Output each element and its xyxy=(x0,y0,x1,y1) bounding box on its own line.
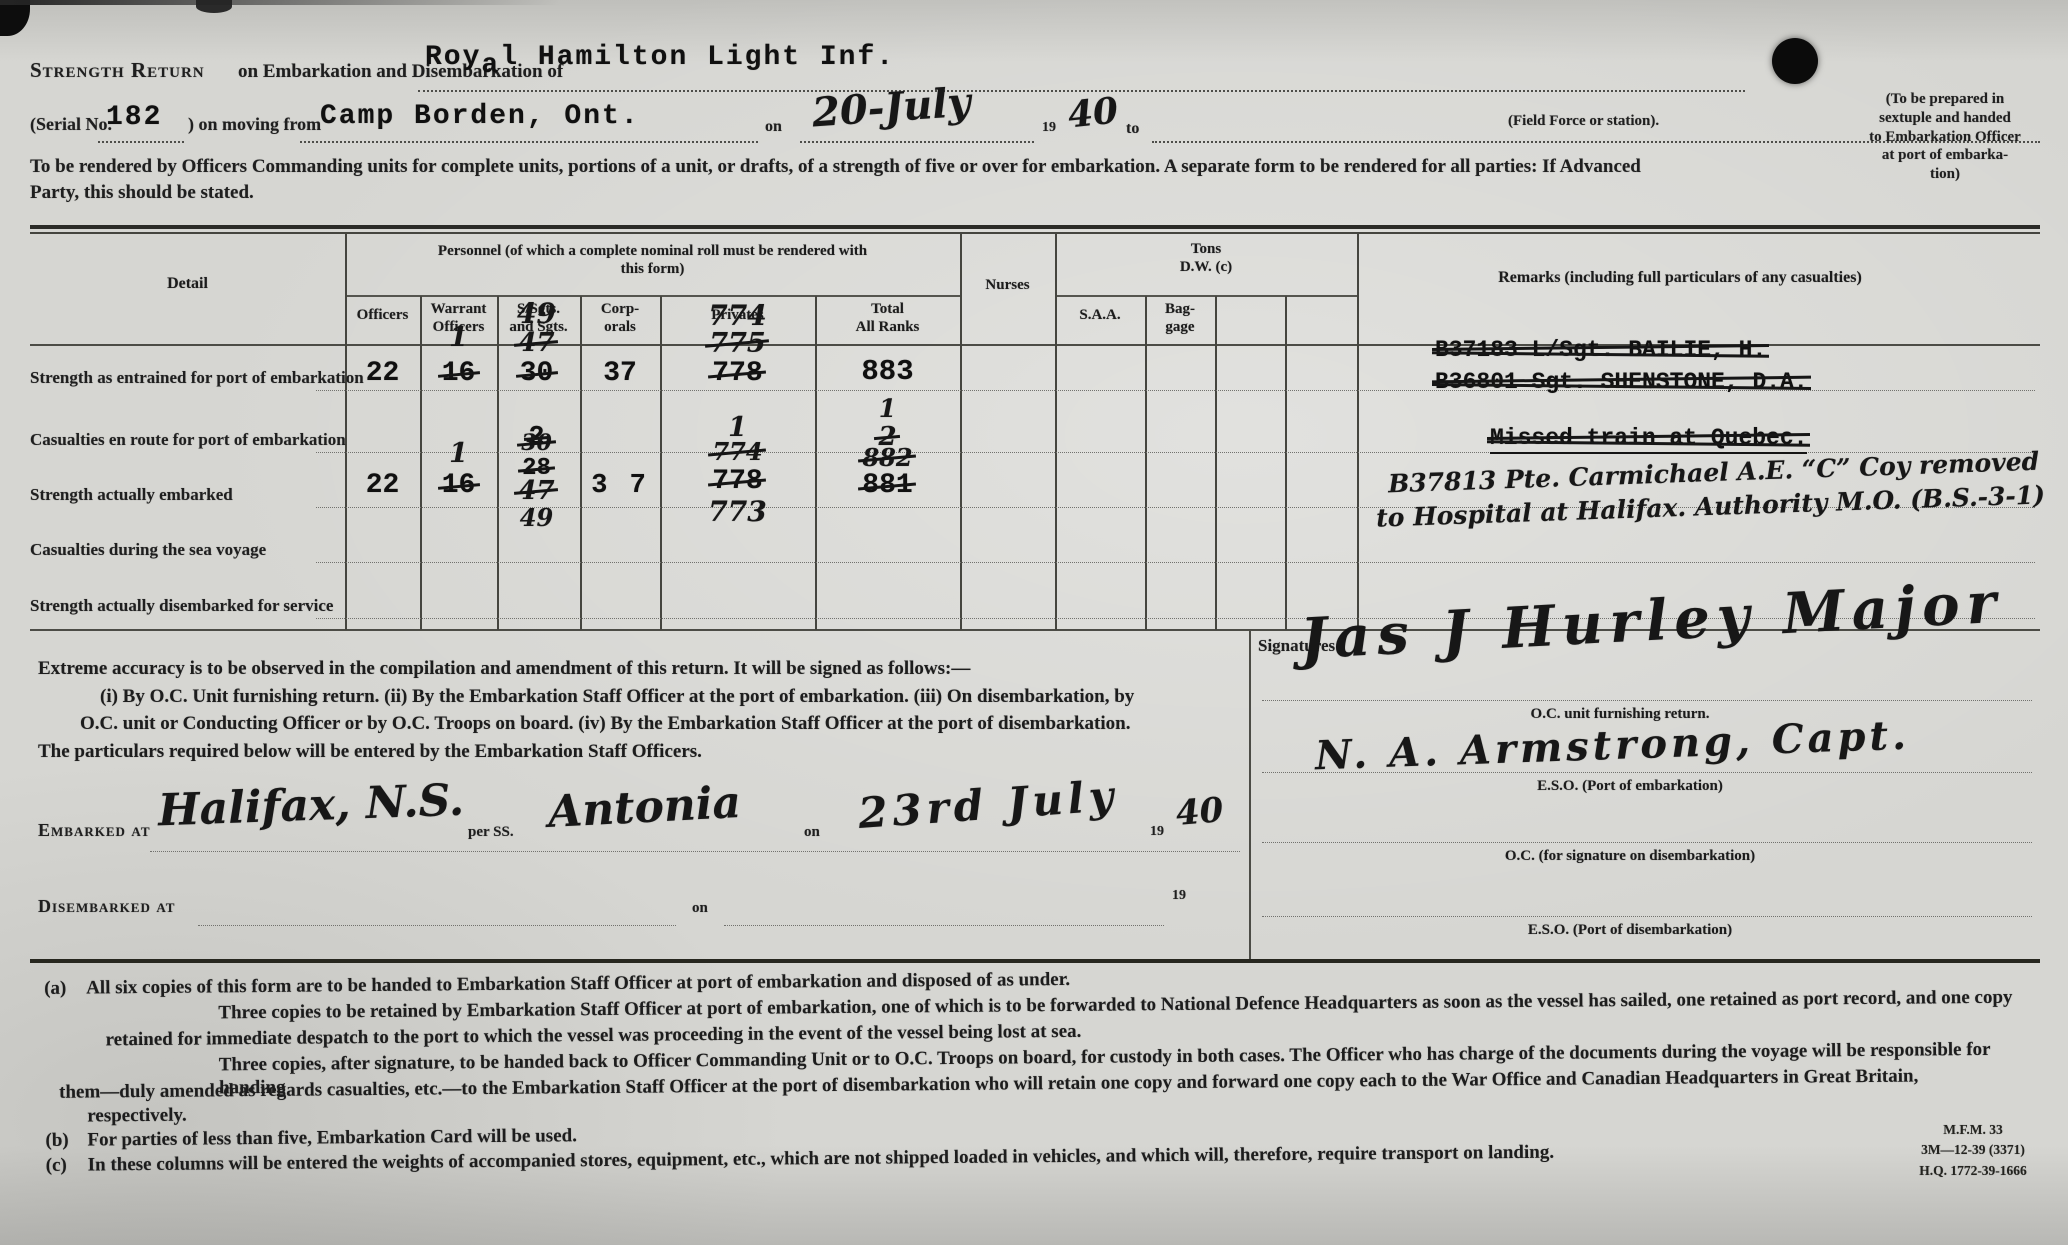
sextuple-note: (To be prepared in sextuple and handed t… xyxy=(1842,90,2048,184)
signature-caption-4: E.S.O. (Port of disembarkation) xyxy=(1420,922,1840,939)
r1-warrant-struck-number: 16 xyxy=(442,360,476,388)
serial-blank-line xyxy=(98,141,184,143)
r3-privates-struck-top: 774 xyxy=(712,440,762,464)
form-title: Strength Return xyxy=(30,58,205,83)
row-label-entrained: Strength as entrained for port of embark… xyxy=(30,368,364,388)
row-label-casualties-route: Casualties en route for port of embarkat… xyxy=(30,430,346,450)
signature-line-3 xyxy=(1262,842,2032,843)
embarked-at-label: Embarked at xyxy=(38,820,151,841)
scan-corner-smudge xyxy=(0,0,30,36)
embarked-place-script: Halifax, N.S. xyxy=(157,775,465,837)
year-printed: 19 xyxy=(1042,120,1056,136)
header-nurses: Nurses xyxy=(962,276,1053,294)
subcolumn-line-6 xyxy=(1145,296,1147,630)
unit-name-blank-line xyxy=(418,90,1745,92)
r1-privates-struck-typed: 778 xyxy=(712,360,762,388)
r3-privates-corrected: 773 xyxy=(662,498,813,527)
unit-name-post: l Hamilton Light Inf. xyxy=(500,42,895,73)
rendering-instructions: To be rendered by Officers Commanding un… xyxy=(30,154,1670,205)
row-label-casualties-voyage: Casualties during the sea voyage xyxy=(30,540,266,560)
signature-caption-3: O.C. (for signature on disembarkation) xyxy=(1400,848,1860,865)
r3-privates-handwritten: 773 xyxy=(708,495,766,528)
header-total-all-ranks: Total All Ranks xyxy=(817,300,958,336)
tons-group-underline xyxy=(1055,295,1357,297)
signatures-box-left-line xyxy=(1249,630,1251,962)
subcolumn-line-8 xyxy=(1285,296,1287,630)
r1-officers-value: 22 xyxy=(347,358,418,388)
disembarked-year-printed: 19 xyxy=(1172,888,1186,904)
row-label-embarked: Strength actually embarked xyxy=(30,485,233,505)
r1-total-value: 883 xyxy=(817,356,958,386)
signature-oc-script: Jas J Hurley Major xyxy=(1299,570,2005,673)
r1-corporals-number: 37 xyxy=(603,358,637,389)
header-saa: S.A.A. xyxy=(1057,306,1143,324)
footnote-b-text: For parties of less than five, Embarkati… xyxy=(87,1125,577,1152)
r3-corporals-value: 3 7 xyxy=(582,470,658,500)
r3-ssgt-handwritten: 49 xyxy=(520,503,553,532)
serial-label: (Serial No. xyxy=(30,114,112,135)
moving-from-label: ) on moving from xyxy=(188,114,321,135)
footnote-a-label: (a) xyxy=(44,978,66,1001)
r3-privates-struck-2: 778 xyxy=(662,466,813,496)
r3-warrant-corrected: 1 xyxy=(422,440,495,467)
r3-warrant-struck-number: 16 xyxy=(442,472,476,500)
r3-ssgt-struck-3: 47 xyxy=(497,478,576,504)
r2-total-corrected: 1 xyxy=(817,396,958,422)
print-code-line-1: M.F.M. 33 xyxy=(1898,1120,2048,1140)
r3-ssgt-struck-bottom: 47 xyxy=(518,478,554,504)
r3-officers-number: 22 xyxy=(366,470,400,501)
header-tons-group: Tons D.W. (c) xyxy=(1057,240,1355,276)
disembarked-at-label: Disembarked at xyxy=(38,896,175,917)
remarks-struck-text-2: B36801 Sgt. SHENSTONE, D.A. xyxy=(1435,369,1808,395)
r1-total-number: 883 xyxy=(861,355,913,388)
header-corporals: Corp- orals xyxy=(582,300,658,336)
r3-warrant-handwritten: 1 xyxy=(449,438,468,469)
punch-hole xyxy=(1772,38,1818,84)
print-code-line-3: H.Q. 1772-39-1666 xyxy=(1898,1161,2048,1181)
r3-officers-value: 22 xyxy=(347,470,418,500)
row-label-disembarked: Strength actually disembarked for servic… xyxy=(30,596,333,616)
per-ss-label: per SS. xyxy=(468,824,514,841)
column-line-nurses-tons xyxy=(1055,234,1057,630)
footnote-a-line-6: respectively. xyxy=(87,1105,187,1129)
embarked-year-script: 40 xyxy=(1174,790,1225,834)
disembarked-blank-line-1 xyxy=(198,925,676,926)
signature-line-2 xyxy=(1262,772,2032,773)
remarks-struck-text-3: Missed train at Quebec. xyxy=(1490,425,1807,454)
embarked-on-label: on xyxy=(804,824,820,841)
print-code-line-2: 3M—12-39 (3371) xyxy=(1898,1140,2048,1160)
footnote-b-label: (b) xyxy=(45,1130,68,1153)
r3-ssgt-corrected: 49 xyxy=(497,506,576,531)
footnote-c-label: (c) xyxy=(46,1155,67,1178)
moving-from-value: Camp Borden, Ont. xyxy=(320,101,640,132)
accuracy-line-2: (i) By O.C. Unit furnishing return. (ii)… xyxy=(100,686,1134,709)
year-handwritten: 40 xyxy=(1066,89,1120,136)
embarked-blank-line xyxy=(150,851,1240,852)
header-detail: Detail xyxy=(30,274,345,293)
remarks-struck-text-1: B37183 L/Sgt. BAILIE, H. xyxy=(1435,337,1766,363)
embarked-date-script: 23rd July xyxy=(857,771,1120,838)
remarks-struck-line-3: Missed train at Quebec. xyxy=(1490,424,1807,454)
r1-warrant-handwritten: 1 xyxy=(449,322,468,353)
unit-name-pre: Roy xyxy=(425,42,481,73)
print-code-block: M.F.M. 33 3M—12-39 (3371) H.Q. 1772-39-1… xyxy=(1898,1120,2048,1181)
r1-ssgt-struck-mid: 47 xyxy=(497,330,576,356)
scan-top-streak xyxy=(0,0,560,5)
r3-privates-struck-1: 774 xyxy=(662,440,813,465)
r1-warrant-corrected: 1 xyxy=(422,324,495,351)
accuracy-line-4: The particulars required below will be e… xyxy=(38,741,702,764)
signature-line-4 xyxy=(1262,916,2032,917)
table-top-rule-heavy xyxy=(30,225,2040,229)
accuracy-line-3: O.C. unit or Conducting Officer or by O.… xyxy=(80,713,1130,736)
r3-warrant-original: 16 xyxy=(422,470,495,500)
header-remarks: Remarks (including full particulars of a… xyxy=(1380,268,1980,287)
header-personnel-group: Personnel (of which a complete nominal r… xyxy=(350,242,955,278)
table-top-rule-thin xyxy=(30,232,2040,234)
r1-officers-number: 22 xyxy=(366,358,400,389)
r3-privates-struck-typed: 778 xyxy=(712,468,762,496)
r1-ssgt-original: 30 xyxy=(497,358,576,388)
serial-value: 182 xyxy=(106,102,162,133)
r3-total-handwritten: 882 xyxy=(862,446,912,470)
r3-total-struck-number: 881 xyxy=(862,472,912,500)
r1-ssgt-struck-typed: 30 xyxy=(520,360,554,388)
subcolumn-line-3 xyxy=(580,296,582,630)
r3-total-original: 881 xyxy=(817,470,958,500)
r1-privates-original: 778 xyxy=(662,358,813,388)
remarks-struck-line-1: B37183 L/Sgt. BAILIE, H. xyxy=(1435,336,1766,363)
row-leader-casualties-voyage xyxy=(316,562,2035,563)
unit-name-dropped-char: a xyxy=(481,50,500,81)
r1-ssgt-struck-handwritten: 47 xyxy=(518,330,554,356)
r1-ssgt-corrected: 49 xyxy=(497,300,576,329)
moving-date-blank-line xyxy=(800,141,1034,143)
r1-privates-struck-handwritten: 775 xyxy=(709,330,765,357)
signature-eso-script: N. A. Armstrong, Capt. xyxy=(1314,712,1910,780)
accuracy-line-1: Extreme accuracy is to be observed in th… xyxy=(38,658,970,681)
station-note: (Field Force or station). xyxy=(1508,113,1659,130)
r2-total-handwritten: 1 xyxy=(879,394,896,423)
scanned-form-page: Strength Return on Embarkation and Disem… xyxy=(0,0,2068,1245)
subcolumn-line-7 xyxy=(1215,296,1217,630)
r1-ssgt-handwritten: 49 xyxy=(517,297,556,330)
header-officers: Officers xyxy=(347,306,418,324)
r1-warrant-original: 16 xyxy=(422,358,495,388)
moving-date-handwritten: 20-July xyxy=(811,79,973,137)
r3-corporals-number: 3 7 xyxy=(591,471,649,501)
r3-ssgt-struck-1: 30 xyxy=(497,432,576,454)
disembarked-blank-line-2 xyxy=(724,925,1164,926)
footnotes-block: (a) All six copies of this form are to b… xyxy=(30,952,2042,1240)
personnel-group-underline xyxy=(345,295,960,297)
moving-from-blank-line xyxy=(300,141,758,143)
moving-on-label: on xyxy=(765,118,782,136)
ship-name-script: Antonia xyxy=(547,777,742,838)
unit-name-value: Royal Hamilton Light Inf. xyxy=(425,42,895,73)
signature-caption-2: E.S.O. (Port of embarkation) xyxy=(1430,778,1830,795)
moving-to-label: to xyxy=(1126,120,1139,138)
signature-line-1 xyxy=(1262,700,2032,701)
r1-privates-struck-mid: 775 xyxy=(662,330,813,357)
header-baggage: Bag- gage xyxy=(1147,300,1213,336)
column-line-tons-remarks xyxy=(1357,234,1359,630)
remarks-struck-line-2: B36801 Sgt. SHENSTONE, D.A. xyxy=(1435,368,1808,395)
r1-privates-corrected: 774 xyxy=(662,302,813,331)
embarked-year-printed: 19 xyxy=(1150,824,1164,840)
r3-total-corrected: 882 xyxy=(817,446,958,471)
r1-corporals-value: 37 xyxy=(582,358,658,388)
disembarked-on-label: on xyxy=(692,900,708,917)
r3-ssgt-struck-top: 30 xyxy=(521,432,552,454)
